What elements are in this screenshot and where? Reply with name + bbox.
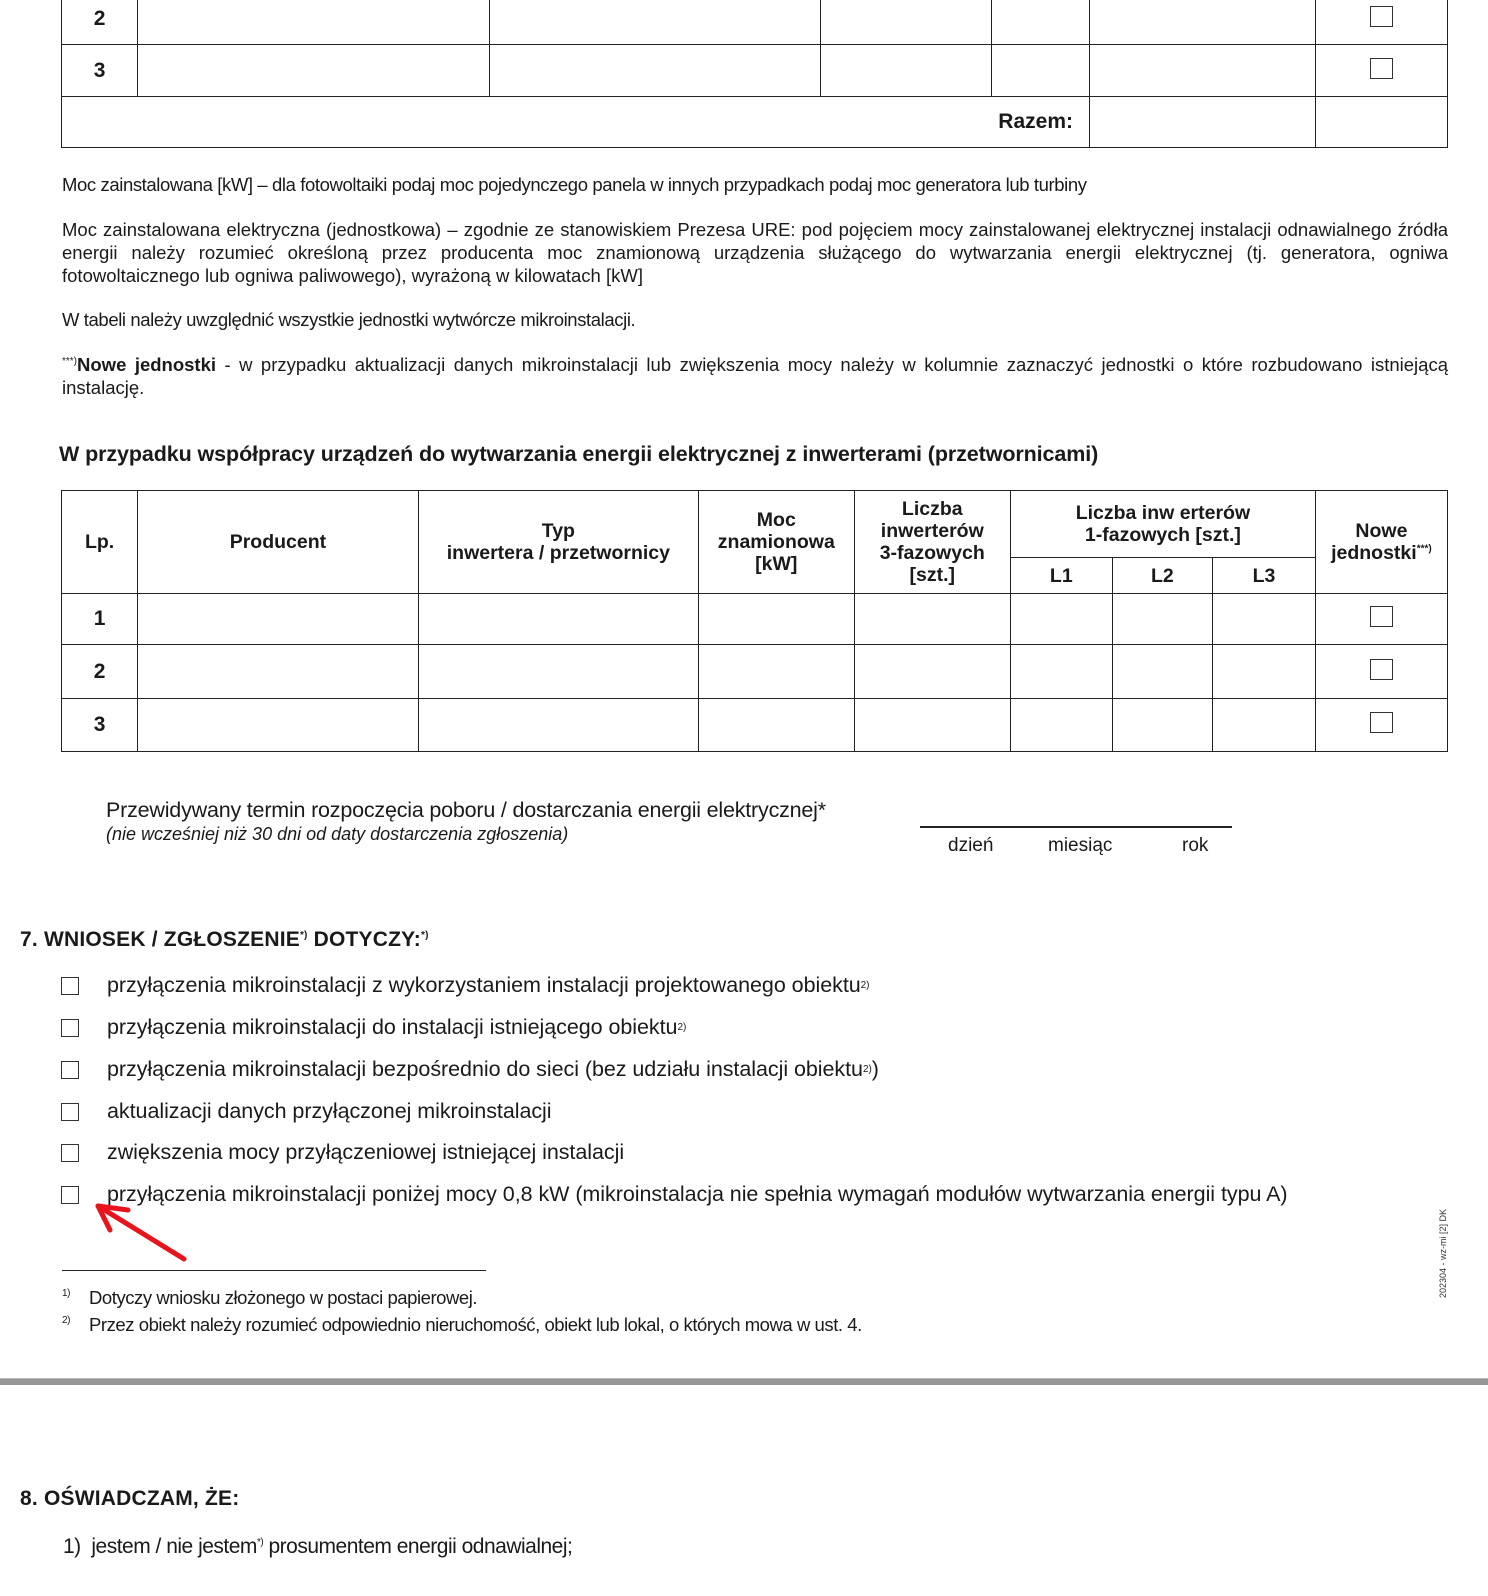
declaration-number: 1) [63,1535,81,1558]
table-row: 2 [62,645,1448,699]
table-cell[interactable] [820,0,992,45]
section-8-heading: 8. OŚWIADCZAM, ŻE: [20,1487,239,1511]
option-checkbox[interactable] [61,1103,79,1121]
option-label: przyłączenia mikroinstalacji bezpośredni… [107,1057,863,1082]
l1-cell[interactable] [1011,645,1113,699]
start-date-note: (nie wcześniej niż 30 dni od daty dostar… [106,824,568,845]
new-unit-checkbox[interactable] [1370,712,1393,733]
header-new-units-line2: jednostki [1331,542,1417,564]
l2-cell[interactable] [1112,594,1213,645]
inverter-type-cell[interactable] [418,645,698,699]
month-label: miesiąc [1048,835,1112,857]
option-label: zwiększenia mocy przyłączeniowej istniej… [107,1140,624,1165]
l1-cell[interactable] [1011,699,1113,752]
header-inverter-type-line2: inwertera / przetwornicy [447,542,670,564]
table-row: 3 [62,699,1448,752]
header-single-phase-line1: Liczba inw erterów [1076,502,1250,524]
footnote-divider [62,1270,486,1271]
footnote-text: Przez obiekt należy rozumieć odpowiednio… [89,1314,862,1335]
header-single-phase-line2: 1-fazowych [szt.] [1085,524,1241,546]
note-installed-power: Moc zainstalowana [kW] – dla fotowoltaik… [62,173,1448,196]
rated-power-cell[interactable] [699,699,854,752]
header-single-phase-count: Liczba inw erterów 1-fazowych [szt.] [1011,491,1316,558]
day-label: dzień [948,835,993,857]
header-l2: L2 [1112,558,1213,594]
rated-power-cell[interactable] [699,645,854,699]
new-unit-checkbox[interactable] [1370,606,1393,627]
header-three-phase-line1: Liczba [902,498,963,520]
option-label: aktualizacji danych przyłączonej mikroin… [107,1099,552,1124]
footnote-marker: *) [300,930,308,941]
option-increase-power[interactable]: zwiększenia mocy przyłączeniowej istniej… [61,1140,624,1165]
option-checkbox[interactable] [61,1186,79,1204]
table-cell[interactable] [138,45,490,97]
new-unit-checkbox[interactable] [1370,659,1393,680]
note-installed-power-electric: Moc zainstalowana elektryczna (jednostko… [62,218,1448,287]
option-label: przyłączenia mikroinstalacji poniżej moc… [107,1182,1288,1207]
row-number: 1 [62,594,138,645]
option-label-suffix: ) [872,1057,879,1082]
header-three-phase-line3: 3-fazowych [880,542,985,564]
option-existing-building[interactable]: przyłączenia mikroinstalacji do instalac… [61,1015,686,1040]
note-all-units: W tabeli należy uwzględnić wszystkie jed… [62,308,1448,331]
three-phase-count-cell[interactable] [854,699,1010,752]
inverter-section-title: W przypadku współpracy urządzeń do wytwa… [59,442,1098,467]
producer-cell[interactable] [138,645,418,699]
footnote-text: Dotyczy wniosku złożonego w postaci papi… [89,1287,477,1308]
footnote-marker: *) [421,930,429,941]
row-number: 2 [62,645,138,699]
option-direct-to-grid[interactable]: przyłączenia mikroinstalacji bezpośredni… [61,1057,879,1082]
new-unit-cell [1315,45,1447,97]
generation-units-table: 2 3 Razem: [61,0,1448,148]
header-rated-power-line1: Moc [757,509,796,531]
total-label: Razem: [62,97,1090,148]
l2-cell[interactable] [1112,645,1213,699]
option-projected-building[interactable]: przyłączenia mikroinstalacji z wykorzyst… [61,973,869,998]
inverter-type-cell[interactable] [418,594,698,645]
header-inverter-type: Typ inwertera / przetwornicy [418,491,698,594]
header-three-phase-line2: inwerterów [881,520,984,542]
footnote-number: 2) [62,1315,89,1326]
option-label: przyłączenia mikroinstalacji z wykorzyst… [107,973,861,998]
table-cell[interactable] [1090,0,1316,45]
declaration-item-1: 1) jestem / nie jestem*) prosumentem ene… [63,1535,572,1559]
table-row: 3 [62,45,1448,97]
footnote-marker: ***) [62,356,77,367]
table-cell[interactable] [820,45,992,97]
producer-cell[interactable] [138,594,418,645]
table-cell[interactable] [138,0,490,45]
l1-cell[interactable] [1011,594,1113,645]
option-update-data[interactable]: aktualizacji danych przyłączonej mikroin… [61,1099,552,1124]
option-checkbox[interactable] [61,1061,79,1079]
producer-cell[interactable] [138,699,418,752]
new-unit-checkbox[interactable] [1370,6,1393,27]
inverter-table: Lp. Producent Typ inwertera / przetworni… [61,490,1448,752]
start-date-field[interactable] [920,826,1232,828]
header-l1: L1 [1011,558,1113,594]
option-label: przyłączenia mikroinstalacji do instalac… [107,1015,677,1040]
table-cell[interactable] [992,0,1090,45]
option-below-08kw[interactable]: przyłączenia mikroinstalacji poniżej moc… [61,1182,1288,1207]
header-new-units-line1: Nowe [1355,520,1407,542]
note-new-units-term: Nowe jednostki [77,354,216,375]
header-inverter-type-line1: Typ [542,520,575,542]
inverter-type-cell[interactable] [418,699,698,752]
footnote-marker: ***) [1417,544,1432,555]
total-value-cell[interactable] [1090,97,1316,148]
three-phase-count-cell[interactable] [854,645,1010,699]
l3-cell[interactable] [1213,594,1316,645]
year-label: rok [1182,835,1208,857]
table-row: 1 [62,594,1448,645]
total-row: Razem: [62,97,1448,148]
section-7-heading-text2: DOTYCZY: [308,928,421,951]
header-rated-power-line3: [kW] [755,553,797,575]
header-new-units: Nowe jednostki***) [1315,491,1447,594]
l2-cell[interactable] [1112,699,1213,752]
rated-power-cell[interactable] [699,594,854,645]
table-row: 2 [62,0,1448,45]
note-new-units-text: - w przypadku aktualizacji danych mikroi… [62,354,1448,398]
start-date-label: Przewidywany termin rozpoczęcia poboru /… [106,798,826,823]
footnote-1: 1)Dotyczy wniosku złożonego w postaci pa… [62,1287,477,1309]
new-unit-checkbox[interactable] [1370,58,1393,79]
header-three-phase-count: Liczba inwerterów 3-fazowych [szt.] [854,491,1010,594]
total-extra-cell [1315,97,1447,148]
new-unit-cell [1315,645,1447,699]
document-code: 202304 - wz-mi [2] DK [1438,1209,1448,1298]
page-separator [0,1378,1488,1385]
footnote-2: 2)Przez obiekt należy rozumieć odpowiedn… [62,1314,862,1336]
header-three-phase-line4: [szt.] [910,564,956,586]
footnote-number: 1) [62,1288,89,1299]
note-new-units: ***)Nowe jednostki - w przypadku aktuali… [62,353,1448,399]
row-number: 3 [62,45,138,97]
l3-cell[interactable] [1213,699,1316,752]
header-l3: L3 [1213,558,1316,594]
header-lp: Lp. [62,491,138,594]
option-checkbox[interactable] [61,1144,79,1162]
section-7-heading-text: 7. WNIOSEK / ZGŁOSZENIE [20,928,300,951]
new-unit-cell [1315,594,1447,645]
header-producer: Producent [138,491,418,594]
table-cell[interactable] [490,0,820,45]
declaration-text: prosumentem energii odnawialnej; [263,1535,572,1558]
new-unit-cell [1315,699,1447,752]
row-number: 2 [62,0,138,45]
red-arrow-annotation-icon [88,1196,198,1266]
option-checkbox[interactable] [61,977,79,995]
table-cell[interactable] [1090,45,1316,97]
new-unit-cell [1315,0,1447,45]
row-number: 3 [62,699,138,752]
l3-cell[interactable] [1213,645,1316,699]
header-rated-power-line2: znamionowa [718,531,835,553]
header-rated-power: Moc znamionowa [kW] [699,491,854,594]
section-7-heading: 7. WNIOSEK / ZGŁOSZENIE*) DOTYCZY:*) [20,928,429,952]
table-cell[interactable] [490,45,820,97]
three-phase-count-cell[interactable] [854,594,1010,645]
option-checkbox[interactable] [61,1019,79,1037]
prosumer-choice[interactable]: jestem / nie jestem [91,1535,257,1558]
table-cell[interactable] [992,45,1090,97]
